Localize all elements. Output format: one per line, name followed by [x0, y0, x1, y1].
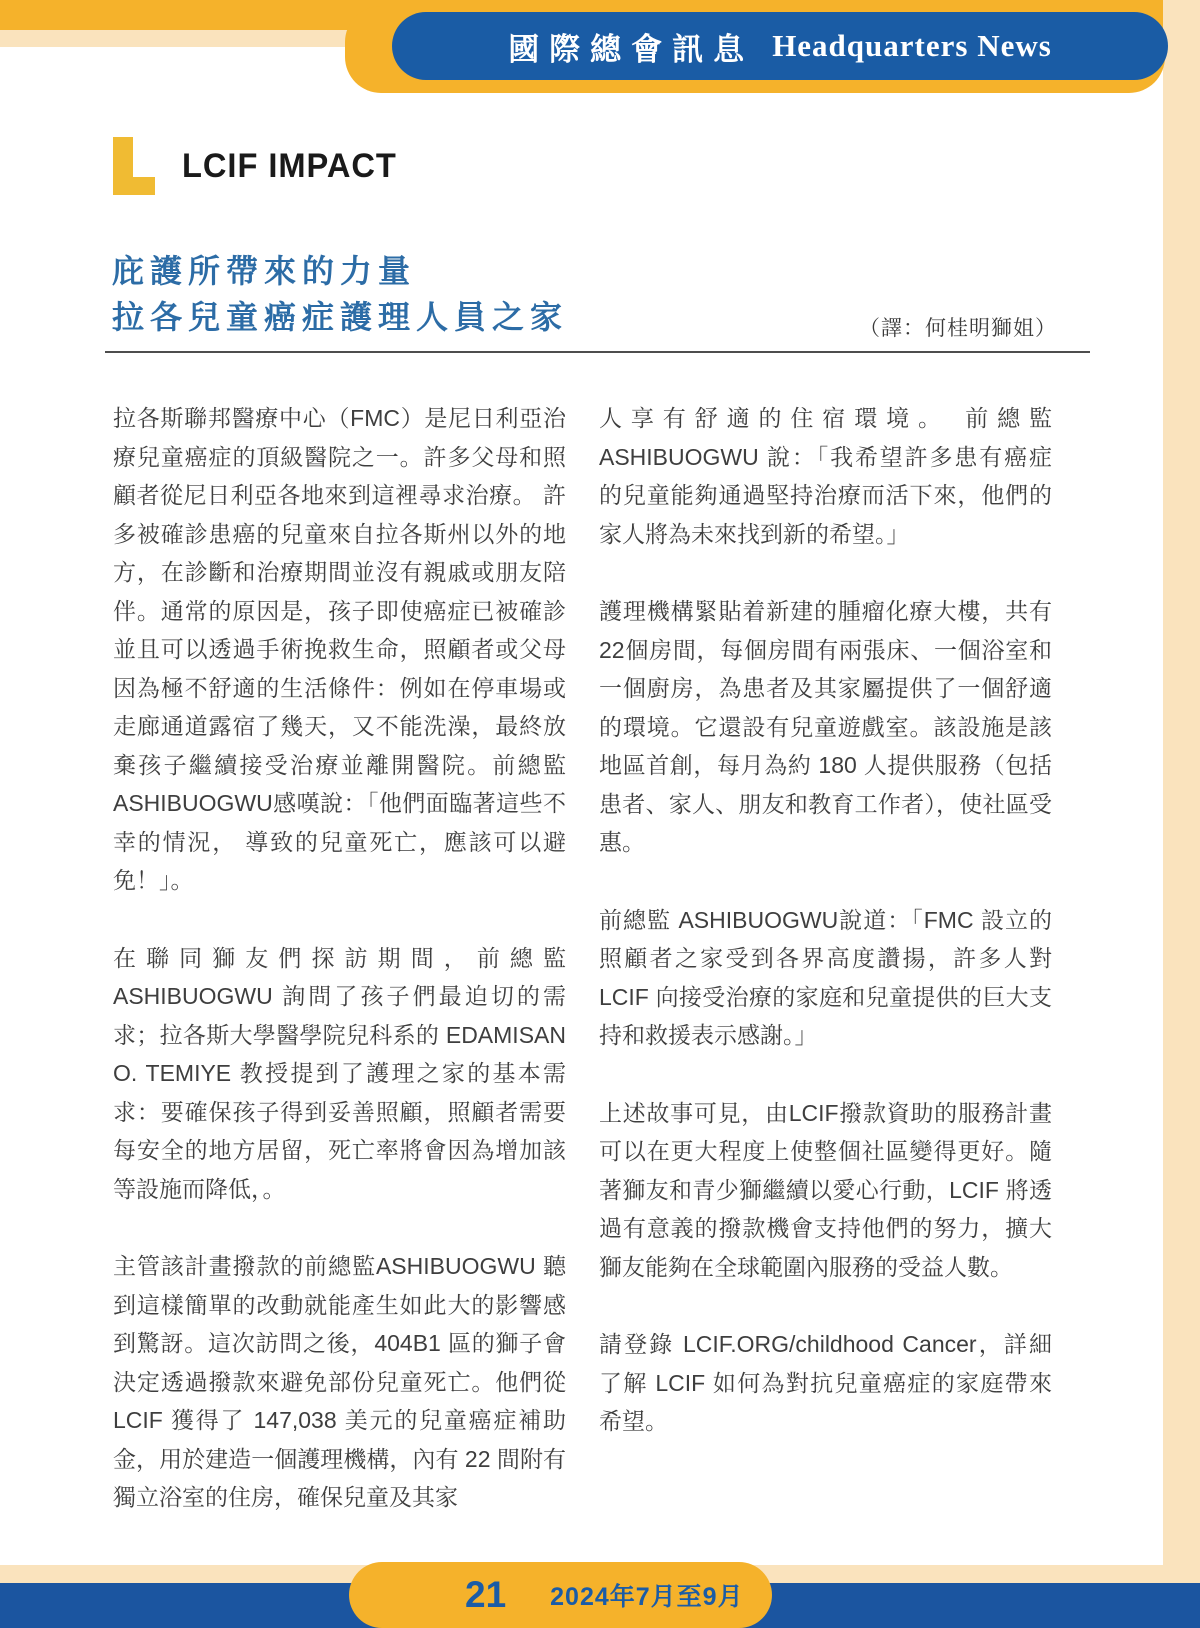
paragraph: 上述故事可見，由LCIF撥款資助的服務計畫可以在更大程度上使整個社區變得更好。隨…	[599, 1094, 1052, 1287]
right-column: 人享有舒適的住宿環境。 前總監 ASHIBUOGWU 說：「我希望許多患有癌症的…	[599, 399, 1052, 1556]
header-banner: 國際總會訊息 Headquarters News	[392, 12, 1168, 80]
article-title: 庇護所帶來的力量 拉各兒童癌症護理人員之家	[112, 248, 568, 340]
left-column: 拉各斯聯邦醫療中心（FMC）是尼日利亞治療兒童癌症的頂級醫院之一。許多父母和照顧…	[113, 399, 566, 1556]
lcif-impact-block: LCIF IMPACT	[113, 137, 406, 195]
article-body: 拉各斯聯邦醫療中心（FMC）是尼日利亞治療兒童癌症的頂級醫院之一。許多父母和照顧…	[113, 399, 1052, 1556]
article-title-line1: 庇護所帶來的力量	[112, 248, 568, 294]
section-label: LCIF IMPACT	[182, 147, 397, 186]
paragraph: 護理機構緊貼着新建的腫瘤化療大樓，共有22個房間，每個房間有兩張床、一個浴室和一…	[599, 592, 1052, 862]
issue-date-range: 2024年7月至9月	[550, 1577, 743, 1613]
paragraph: 在聯同獅友們探訪期間，前總監ASHIBUOGWU 詢問了孩子們最迫切的需求；拉各…	[113, 939, 566, 1209]
footer-pill: 21 2024年7月至9月	[349, 1562, 772, 1628]
title-divider	[105, 351, 1090, 353]
right-cream-strip	[1163, 0, 1200, 1583]
header-title-chinese: 國際總會訊息	[508, 24, 754, 69]
lcif-l-logo-icon	[113, 137, 155, 195]
page-number: 21	[465, 1574, 506, 1616]
article-title-line2: 拉各兒童癌症護理人員之家	[112, 294, 568, 340]
paragraph: 請登錄 LCIF.ORG/childhood Cancer，詳細了解 LCIF …	[599, 1325, 1052, 1441]
paragraph: 前總監 ASHIBUOGWU說道：「FMC 設立的照顧者之家受到各界高度讚揚，許…	[599, 901, 1052, 1055]
paragraph: 拉各斯聯邦醫療中心（FMC）是尼日利亞治療兒童癌症的頂級醫院之一。許多父母和照顧…	[113, 399, 566, 900]
translator-note: （譯：何桂明獅姐）	[859, 312, 1057, 342]
header-title-english: Headquarters News	[772, 28, 1052, 64]
magazine-page: 國際總會訊息 Headquarters News LCIF IMPACT 庇護所…	[0, 0, 1200, 1628]
paragraph: 人享有舒適的住宿環境。 前總監 ASHIBUOGWU 說：「我希望許多患有癌症的…	[599, 399, 1052, 553]
paragraph: 主管該計畫撥款的前總監ASHIBUOGWU 聽到這樣簡單的改動就能產生如此大的影…	[113, 1247, 566, 1517]
